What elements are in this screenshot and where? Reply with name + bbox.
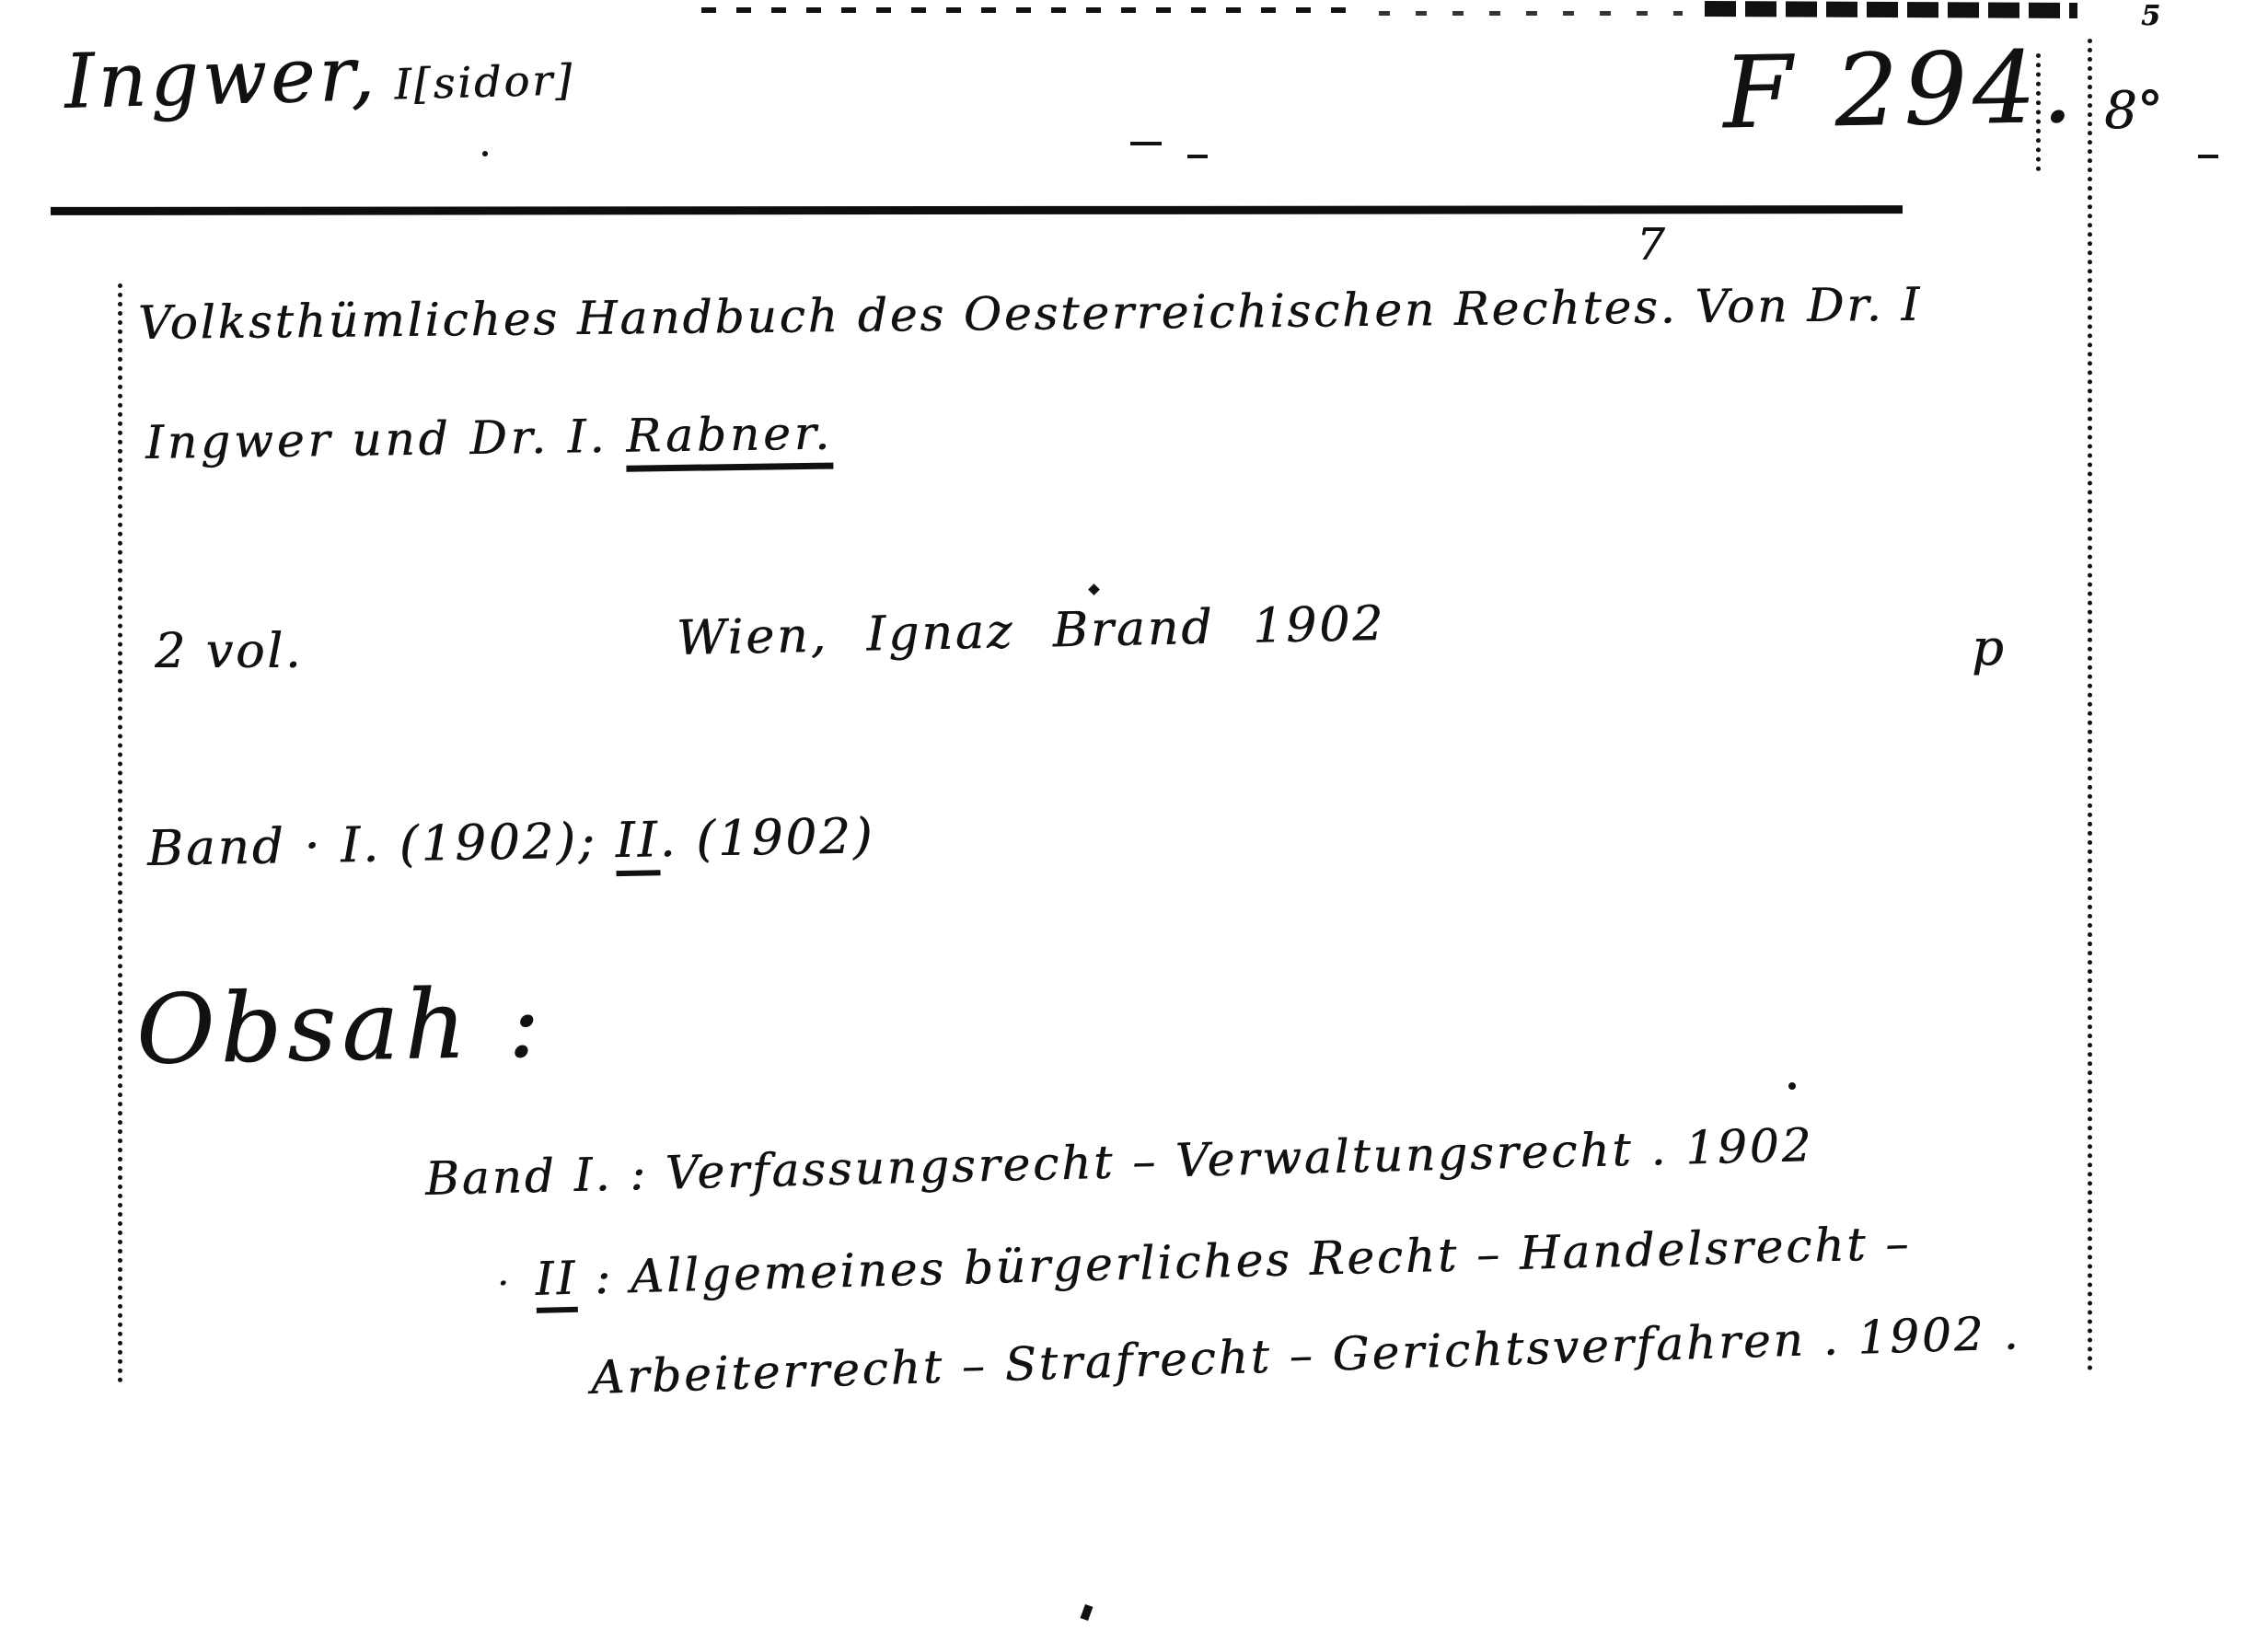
contents-line-3: Arbeiterrecht – Strafrecht – Gerichtsver…: [590, 1306, 2021, 1404]
noise-speck: [1187, 155, 1208, 158]
contents-line-1: Band I. : Verfassungsrecht – Verwaltungs…: [424, 1118, 1814, 1206]
header-rule: [51, 205, 1903, 215]
contents-line-2-bullet: ·: [497, 1263, 513, 1305]
title-line-2: Ingwer und Dr. I. Rabner.: [145, 407, 834, 469]
noise-speck: [2198, 155, 2218, 158]
noise-speck: [482, 151, 488, 156]
corner-mark: 5: [2141, 0, 2160, 32]
title-line-1: Volksthümliches Handbuch des Oesterreich…: [138, 278, 1923, 350]
right-dotted-border: [2088, 39, 2092, 1371]
noise-speck: [1705, 1, 2077, 18]
holdings-line: Band · I. (1902); II. (1902): [146, 808, 874, 877]
noise-speck: [1130, 142, 1162, 145]
author-name-underlined: Rabner.: [626, 407, 834, 472]
header-name-main: Ingwer,: [64, 30, 379, 126]
price-mark: p: [1972, 618, 2004, 676]
holdings-prefix: Band · I. (1902);: [146, 813, 616, 877]
header-name: Ingwer, I[sidor]: [64, 26, 575, 126]
imprint: Wien, Ignaz Brand 1902: [676, 596, 1386, 666]
format-mark: 8°: [2104, 81, 2163, 141]
noise-speck: [1081, 1604, 1093, 1621]
noise-speck: [701, 7, 1357, 13]
noise-speck: [1788, 1082, 1796, 1090]
insert-mark: 7: [1637, 219, 1665, 271]
noise-speck: [1379, 11, 1683, 16]
contents-line-2: ·II : Allgemeines bürgerliches Recht – H…: [496, 1217, 1912, 1307]
title-line-2-start: Ingwer und Dr. I.: [145, 410, 627, 469]
shelfmark: F 294.: [1722, 30, 2079, 152]
contents-line-2-numeral: II: [535, 1252, 578, 1313]
contents-line-2-text: : Allgemeines bürgerliches Recht – Hande…: [576, 1217, 1911, 1305]
contents-heading: Obsah :: [135, 966, 546, 1086]
noise-speck: [1088, 584, 1100, 595]
holdings-suffix: . (1902): [659, 808, 875, 868]
left-dotted-border: [118, 283, 122, 1383]
header-name-secondary: I[sidor]: [377, 55, 574, 110]
extent: 2 vol.: [155, 624, 303, 679]
holdings-volume2: II: [615, 812, 660, 876]
header-divider: [2036, 53, 2041, 171]
